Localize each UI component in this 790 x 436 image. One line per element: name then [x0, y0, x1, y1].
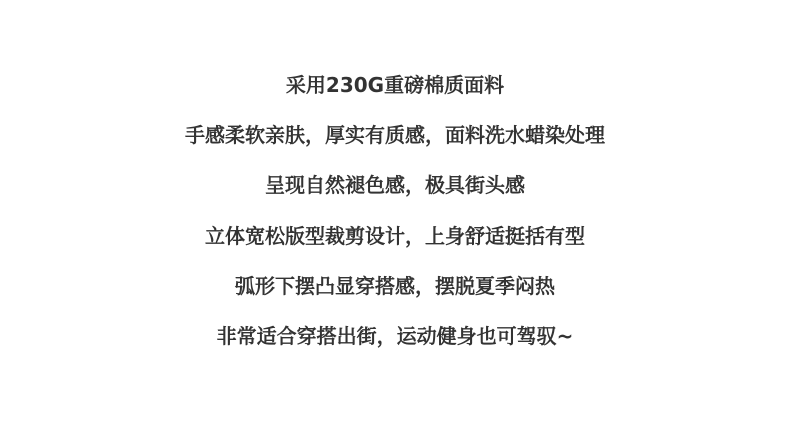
description-line-cut: 立体宽松版型裁剪设计，上身舒适挺括有型: [0, 223, 790, 249]
description-line-fade: 呈现自然褪色感，极具街头感: [0, 172, 790, 198]
description-line-hem: 弧形下摆凸显穿搭感，摆脱夏季闷热: [0, 273, 790, 299]
description-line-fabric: 采用230G重磅棉质面料: [0, 72, 790, 98]
description-line-usage: 非常适合穿搭出街，运动健身也可驾驭~: [0, 323, 790, 349]
description-line-feel: 手感柔软亲肤，厚实有质感，面料洗水蜡染处理: [0, 122, 790, 148]
